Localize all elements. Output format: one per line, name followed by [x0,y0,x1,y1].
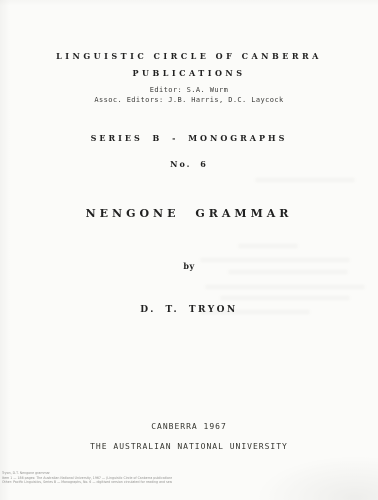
catalog-fine-print: Tryon, D.T. Nengone grammar Item 1 — 186… [2,471,172,485]
byline: by [0,261,378,271]
page-show-through [205,285,365,289]
imprint-publisher: THE AUSTRALIAN NATIONAL UNIVERSITY [0,442,378,451]
scanned-title-page: LINGUISTIC CIRCLE OF CANBERRA PUBLICATIO… [0,0,378,500]
page-show-through [238,244,298,248]
page-show-through [255,178,355,182]
associate-editors-credit: Assoc. Editors: J.B. Harris, D.C. Laycoc… [0,96,378,104]
page-show-through [220,296,350,300]
imprint-city-year: CANBERRA 1967 [0,422,378,431]
editor-credit: Editor: S.A. Wurm [0,86,378,94]
publisher-name-line1: LINGUISTIC CIRCLE OF CANBERRA [0,51,378,61]
book-title: NENGONE GRAMMAR [0,207,378,220]
author-name: D. T. TRYON [0,305,378,315]
series-line: SERIES B - MONOGRAPHS [0,133,378,143]
series-number: No. 6 [0,159,378,169]
publisher-name-line2: PUBLICATIONS [0,68,378,78]
catalog-fine-print-line3: Other: Pacific Linguistics, Series B — M… [2,480,172,485]
